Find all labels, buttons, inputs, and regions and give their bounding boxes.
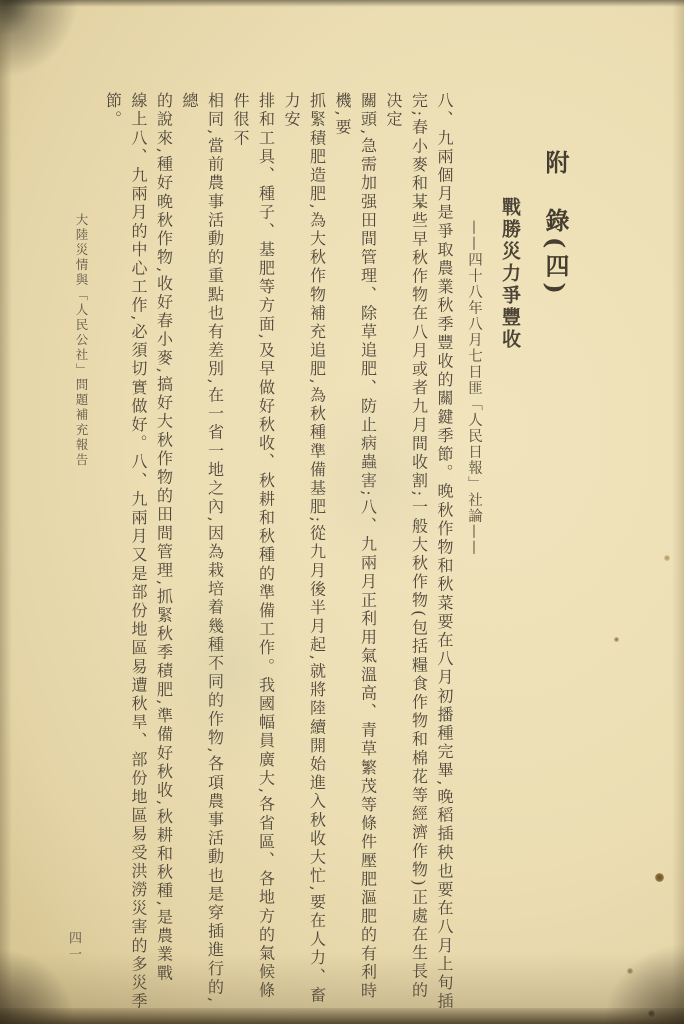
scan-edge-shadow bbox=[0, 0, 684, 7]
page-subtitle: 戰勝災力爭豐收 bbox=[497, 197, 524, 387]
foxing-spot bbox=[664, 555, 670, 561]
body-column: 今年夏季的氣候很不正常,旱澇災害較多,抗災的鬥爭任務也較重。六月間廣東發生了幾十… bbox=[99, 92, 100, 1014]
scan-edge-shadow bbox=[0, 0, 12, 1024]
body-column: 抓緊積肥造肥,為大秋作物補充追肥,為秋種準備基肥;從九月後半月起,就將陸續開始進… bbox=[279, 92, 330, 1014]
body-column: 的說來,種好晚秋作物,收好春小麥,搞好大秋作物的田間管理,抓緊秋季積肥,準備好秋… bbox=[151, 92, 177, 1014]
page-title: 附 錄(四) bbox=[538, 150, 573, 330]
foxing-spot bbox=[627, 968, 633, 974]
body-column: 排和工具、種子、基肥等方面,及早做好秋收、秋耕和秋種的準備工作。我國幅員廣大,各… bbox=[228, 92, 279, 1014]
body-text: 八、九兩個月是爭取農業秋季豐收的關鍵季節。晚秋作物和秋菜要在八月初播種完畢,晚稻… bbox=[99, 92, 457, 1014]
body-column: 八、九兩個月是爭取農業秋季豐收的關鍵季節。晚秋作物和秋菜要在八月初播種完畢,晚稻… bbox=[432, 92, 458, 1014]
page-number: 四一 bbox=[64, 931, 83, 979]
scan-corner-shadow bbox=[0, 0, 150, 90]
body-column: 相同,當前農事活動的重點也有差別,在一省一地之內,因為栽培着幾種不同的作物,各項… bbox=[177, 92, 228, 1014]
scan-edge-shadow bbox=[672, 0, 684, 1024]
source-attribution: ——四十八年八月七日匪「人民日報」社論—— bbox=[464, 220, 485, 600]
scan-corner-shadow bbox=[574, 944, 684, 1024]
foxing-spot bbox=[614, 637, 619, 642]
foxing-spot bbox=[648, 1010, 655, 1017]
scan-corner-shadow bbox=[0, 944, 110, 1024]
margin-caption: 大陸災情與「人民公社」問題補充報告 bbox=[72, 213, 90, 503]
foxing-spot bbox=[655, 873, 664, 882]
body-column: 關頭,急需加强田間管理、除草追肥、防止病蟲害;八、九兩月正利用氣溫高、青草繁茂等… bbox=[330, 92, 381, 1014]
body-column: 完;春小麥和某些早秋作物在八月或者九月間收割;一般大秋作物(包括糧食作物和棉花等… bbox=[381, 92, 432, 1014]
body-column: 線上八、九兩月的中心工作,必須切實做好。八、九兩月又是部份地區易遭秋旱、部份地區… bbox=[100, 92, 151, 1014]
scanned-page: 附 錄(四) 戰勝災力爭豐收 ——四十八年八月七日匪「人民日報」社論—— 八、九… bbox=[0, 0, 684, 1024]
